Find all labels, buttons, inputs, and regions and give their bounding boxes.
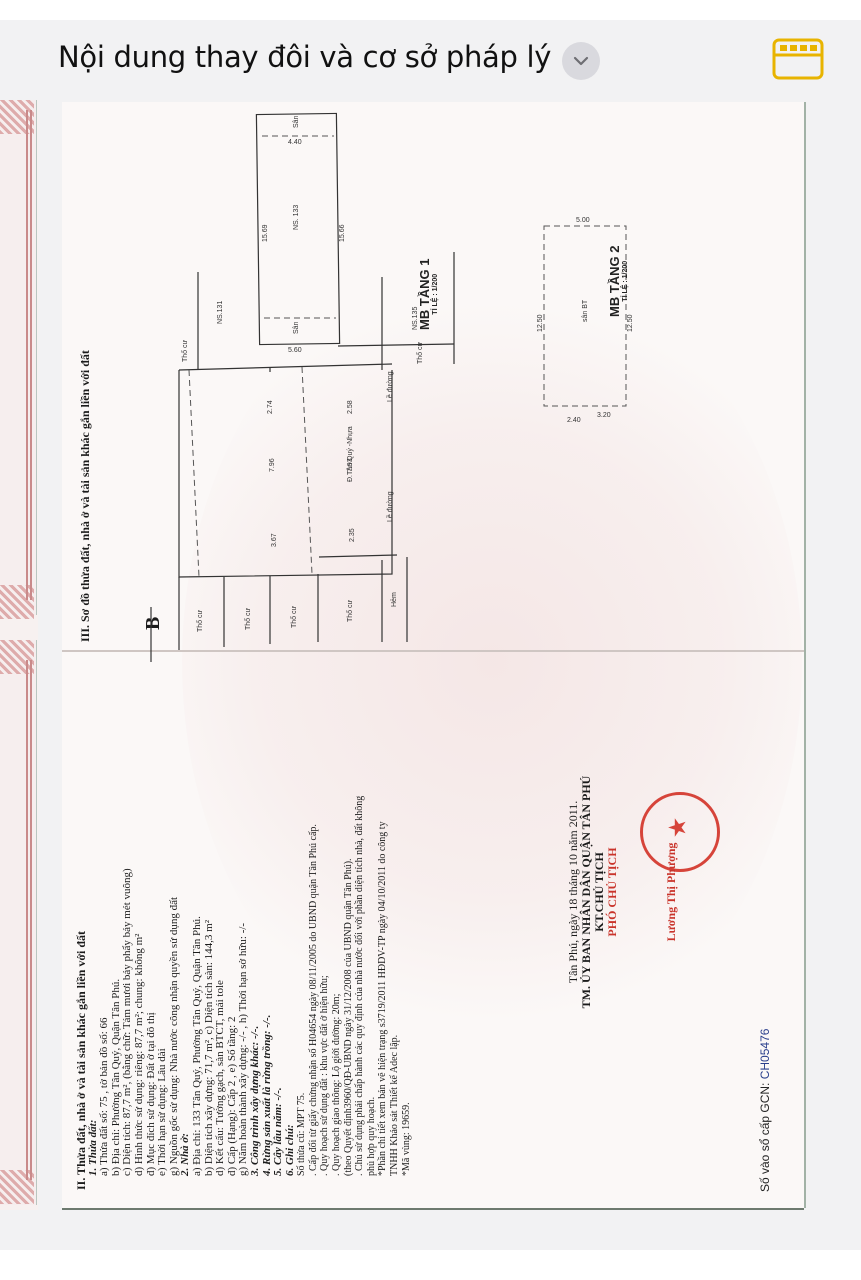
svg-text:15.69: 15.69: [262, 224, 269, 242]
note-line: *Mã vùng: 19659.: [401, 650, 413, 1190]
bottom-area: [0, 1250, 861, 1280]
signature-space: [619, 682, 665, 1102]
note-line: *Phần chi tiết xem bản vẽ hiện trạng s37…: [377, 650, 389, 1190]
floor-2-title-text: MB TẦNG 2: [607, 246, 622, 318]
other-item: 3. Công trình xây dựng khác: -/-.: [250, 650, 262, 1190]
svg-text:5.00: 5.00: [576, 217, 590, 224]
chevron-down-icon: [572, 52, 590, 70]
ornament-corner: [0, 100, 34, 134]
svg-text:Thổ cư: Thổ cư: [181, 339, 189, 362]
svg-text:Sân: Sân: [293, 115, 300, 128]
page-title: Nội dung thay đôi và cơ sở pháp lý: [58, 40, 551, 74]
ornament-corner: [0, 640, 34, 674]
svg-text:Thổ cư: Thổ cư: [196, 609, 204, 632]
signature-block: Tân Phú, ngày 18 tháng 10 năm 2011. TM. …: [567, 682, 678, 1102]
border-line: [30, 660, 32, 1180]
signer-title: PHÓ CHỦ TỊCH: [606, 682, 619, 1102]
floor-1-title-text: MB TẦNG 1: [417, 259, 432, 331]
svg-text:Thổ cư: Thổ cư: [346, 599, 354, 622]
svg-text:5.60: 5.60: [288, 347, 302, 354]
other-item: 5. Cây lâu năm: -/-.: [273, 650, 285, 1190]
note-line: . Chủ sử dụng phải chấp hành các quy địn…: [354, 650, 366, 1190]
section-2-heading: II. Thửa đất, nhà ở và tài sản khác gắn …: [76, 650, 88, 1190]
gcn-label: Số vào sổ cấp GCN:: [758, 1079, 772, 1192]
land-line: e) Thời hạn sử dụng: Lâu dài: [157, 650, 169, 1190]
svg-text:15.66: 15.66: [339, 224, 346, 242]
svg-text:2.35: 2.35: [349, 528, 356, 542]
ornament-corner: [0, 585, 34, 619]
land-line: g) Nguồn gốc sử dụng: Nhà nước công nhận…: [169, 650, 181, 1190]
svg-text:7.96: 7.96: [269, 458, 276, 472]
notes-heading: 6. Ghi chú:: [285, 650, 297, 1190]
svg-text:Lề đường: Lề đường: [385, 371, 394, 402]
svg-text:Đ.Tân Quý -Nhựa: Đ.Tân Quý -Nhựa: [347, 426, 354, 482]
land-line: d) Hình thức sử dụng: riêng: 87,7 m²; ch…: [134, 650, 146, 1190]
border-line: [26, 660, 28, 1180]
floor-1-scale: TỈ LỆ : 1/200: [432, 259, 439, 331]
ornament-corner: [0, 1170, 34, 1204]
svg-text:Sân: Sân: [293, 321, 300, 334]
floor-1-title: MB TẦNG 1 TỈ LỆ : 1/200: [417, 259, 439, 331]
svg-text:2.40: 2.40: [567, 417, 581, 424]
house-line: a) Địa chỉ: 133 Tân Quý, Phường Tân Quý,…: [192, 650, 204, 1190]
house-number-label: NS. 133: [293, 205, 300, 230]
border-line: [26, 110, 28, 600]
note-line: phù hợp quy hoạch.: [366, 650, 378, 1190]
svg-text:7.93: 7.93: [347, 458, 354, 472]
note-line: (theo Quyết định3960/QĐ-UBND ngày 31/12/…: [343, 650, 355, 1190]
svg-text:2.58: 2.58: [347, 400, 354, 414]
note-line: . Cấp đổi từ giấy chứng nhận số H04654 n…: [308, 650, 320, 1190]
title-dropdown-button[interactable]: [562, 42, 600, 80]
gallery-grid-icon: [772, 38, 824, 80]
border-line: [30, 110, 32, 600]
svg-text:12.50: 12.50: [627, 314, 634, 332]
document-image[interactable]: II. Thửa đất, nhà ở và tài sản khác gắn …: [62, 102, 804, 1208]
svg-text:2.74: 2.74: [267, 400, 274, 414]
svg-text:Thổ cư: Thổ cư: [416, 341, 424, 364]
svg-text:3.20: 3.20: [597, 412, 611, 419]
svg-text:3.67: 3.67: [271, 533, 278, 547]
svg-text:sân BT: sân BT: [582, 299, 589, 322]
svg-text:Lề đường: Lề đường: [385, 491, 394, 522]
section-2-text: II. Thửa đất, nhà ở và tài sản khác gắn …: [76, 650, 412, 1190]
note-line: . Quy hoạch sử dụng đất : khu vực đất ở …: [319, 650, 331, 1190]
note-line: TNHH Khảo sát Thiết kế Adec lập.: [389, 650, 401, 1190]
gcn-code: CH05476: [758, 1029, 772, 1080]
svg-text:4.40: 4.40: [288, 139, 302, 146]
house-line: d) Kết cấu: Tường gạch, sàn BTCT, mái to…: [215, 650, 227, 1190]
svg-text:Thổ cư: Thổ cư: [290, 605, 298, 628]
previous-page-thumbnail[interactable]: [0, 100, 38, 1210]
gallery-view-button[interactable]: [772, 38, 824, 80]
svg-text:12.50: 12.50: [537, 314, 544, 332]
site-plan-drawing: NS. 133 Sân Sân NS.131 NS.135 Đ.Tân Quý …: [62, 102, 804, 662]
svg-text:Thổ cư: Thổ cư: [244, 607, 252, 630]
note-line: . Quy hoạch giao thông: Lộ giới đường: 2…: [331, 650, 343, 1190]
floor-2-title: MB TẦNG 2 TỈ LỆ : 1/200: [607, 246, 629, 318]
svg-text:NS.131: NS.131: [217, 301, 224, 324]
signer-name: Lương Thị Phượng: [665, 682, 678, 1102]
status-bar-area: [0, 0, 861, 20]
note-line: Số thửa cũ: MPT 75.: [296, 650, 308, 1190]
gcn-number: Số vào sổ cấp GCN: CH05476: [758, 1029, 772, 1192]
floor-2-scale: TỈ LỆ : 1/200: [622, 246, 629, 318]
svg-text:Hẻm: Hẻm: [391, 592, 398, 607]
